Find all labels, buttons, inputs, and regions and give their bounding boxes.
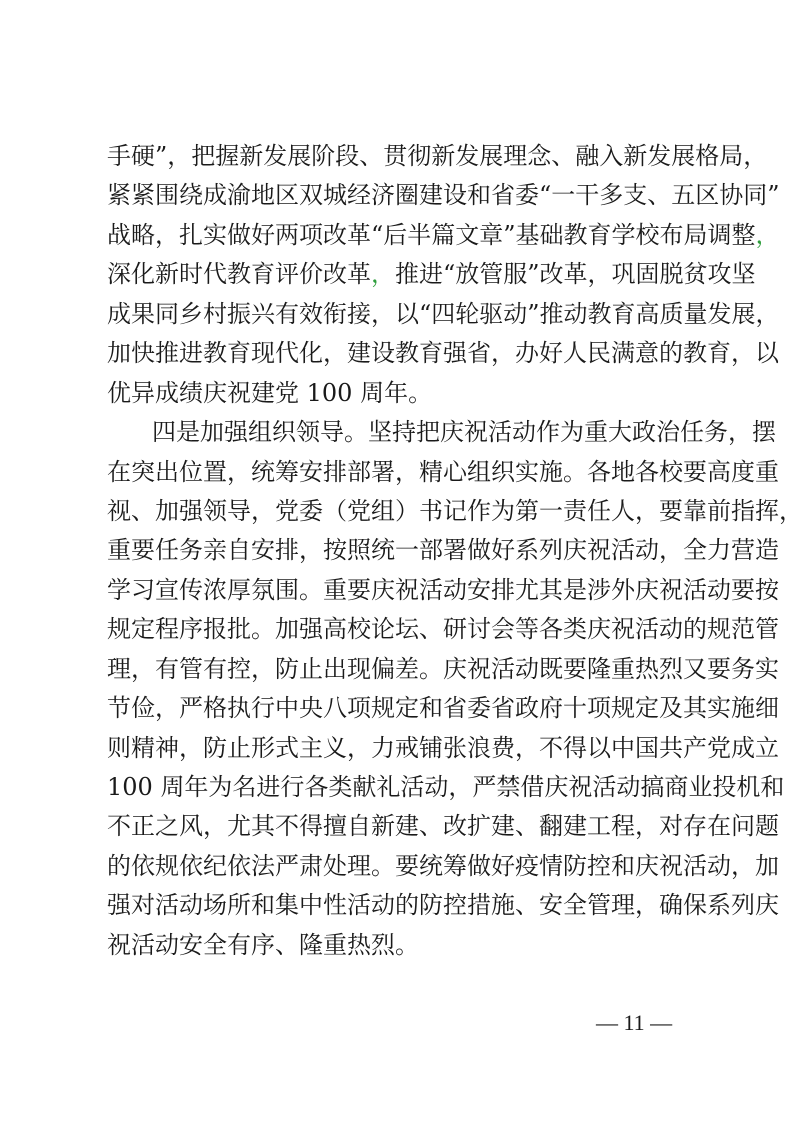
text-line: 优异成绩庆祝建党 100 周年。 [107, 374, 693, 413]
text-run: 深化新时代教育评价改革 [107, 260, 371, 288]
text-line: 紧紧围绕成渝地区双城经济圈建设和省委“一干多支、五区协同” [107, 176, 693, 215]
text-line: 学习宣传浓厚氛围。重要庆祝活动安排尤其是涉外庆祝活动要按 [107, 571, 693, 610]
text-line: 加快推进教育现代化，建设教育强省，办好人民满意的教育，以 [107, 334, 693, 373]
text-line: 的依规依纪依法严肃处理。要统筹做好疫情防控和庆祝活动，加 [107, 847, 693, 886]
text-line: 手硬”，把握新发展阶段、贯彻新发展理念、融入新发展格局， [107, 137, 693, 176]
text-line: 成果同乡村振兴有效衔接，以“四轮驱动”推动教育高质量发展， [107, 295, 693, 334]
text-line: 视、加强领导，党委（党组）书记作为第一责任人，要靠前指挥， [107, 492, 693, 531]
text-run: 坚持把庆祝活动作为重大政治任务，摆 [368, 418, 776, 446]
text-line: 祝活动安全有序、隆重热烈。 [107, 926, 693, 965]
highlighted-comma: ， [756, 221, 780, 249]
text-line: 深化新时代教育评价改革，推进“放管服”改革，巩固脱贫攻坚 [107, 255, 693, 294]
text-line: 在突出位置，统筹安排部署，精心组织实施。各地各校要高度重 [107, 453, 693, 492]
document-page: 手硬”，把握新发展阶段、贯彻新发展理念、融入新发展格局， 紧紧围绕成渝地区双城经… [0, 0, 793, 1122]
text-line: 100 周年为名进行各类献礼活动，严禁借庆祝活动搞商业投机和 [107, 768, 693, 807]
text-line: 四是加强组织领导。坚持把庆祝活动作为重大政治任务，摆 [107, 413, 693, 452]
highlighted-comma: ， [371, 260, 395, 288]
text-run: 推进“放管服”改革，巩固脱贫攻坚 [395, 260, 756, 288]
section-heading: 四是加强组织领导。 [152, 418, 368, 446]
text-line: 战略，扎实做好两项改革“后半篇文章”基础教育学校布局调整， [107, 216, 693, 255]
page-number: — 11 — [596, 1010, 672, 1036]
text-line: 规定程序报批。加强高校论坛、研讨会等各类庆祝活动的规范管 [107, 610, 693, 649]
paragraph-2: 四是加强组织领导。坚持把庆祝活动作为重大政治任务，摆 在突出位置，统筹安排部署，… [107, 413, 693, 965]
document-body: 手硬”，把握新发展阶段、贯彻新发展理念、融入新发展格局， 紧紧围绕成渝地区双城经… [107, 137, 693, 965]
text-line: 则精神，防止形式主义，力戒铺张浪费，不得以中国共产党成立 [107, 729, 693, 768]
text-run: 战略，扎实做好两项改革“后半篇文章”基础教育学校布局调整 [107, 221, 756, 249]
text-line: 理，有管有控，防止出现偏差。庆祝活动既要隆重热烈又要务实 [107, 650, 693, 689]
text-line: 不正之风，尤其不得擅自新建、改扩建、翻建工程，对存在问题 [107, 807, 693, 846]
text-line: 节俭，严格执行中央八项规定和省委省政府十项规定及其实施细 [107, 689, 693, 728]
text-line: 强对活动场所和集中性活动的防控措施、安全管理，确保系列庆 [107, 886, 693, 925]
text-line: 重要任务亲自安排，按照统一部署做好系列庆祝活动，全力营造 [107, 531, 693, 570]
paragraph-1: 手硬”，把握新发展阶段、贯彻新发展理念、融入新发展格局， 紧紧围绕成渝地区双城经… [107, 137, 693, 413]
